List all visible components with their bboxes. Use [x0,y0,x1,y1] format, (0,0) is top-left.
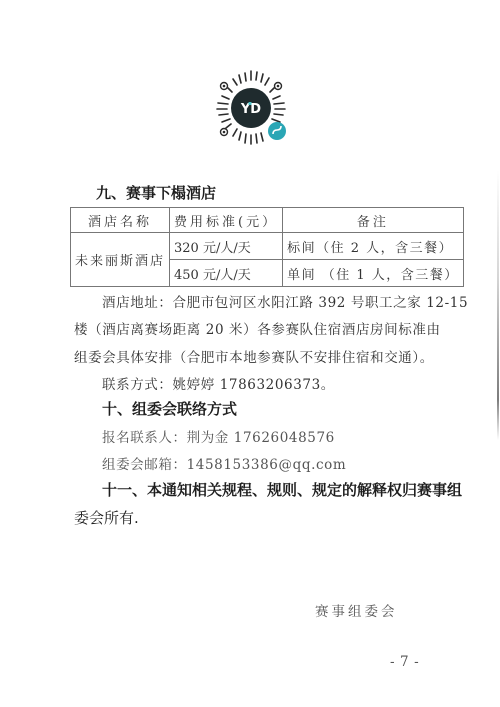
header-price: 费用标准(元） [170,208,283,233]
header-notes: 备注 [283,208,464,233]
section-11-line-1: 十一、本通知相关规程、规则、规定的解释权归赛事组 [102,479,462,500]
table-row: 未来丽斯酒店 320 元/人/天 标间（住 2 人，含三餐） [71,233,464,260]
page-number: - 7 - [390,654,419,670]
table-header-row: 酒店名称 费用标准(元） 备注 [71,208,464,233]
section-11-line-2: 委会所有. [74,507,139,528]
signature: 赛事组委会 [315,600,398,620]
price-cell: 450 元/人/天 [170,260,283,287]
committee-email[interactable]: 组委会邮箱：1458153386@qq.com [102,453,346,473]
hotel-table: 酒店名称 费用标准(元） 备注 未来丽斯酒店 320 元/人/天 标间（住 2 … [70,207,464,287]
hotel-name-cell: 未来丽斯酒店 [71,233,170,287]
note-cell: 单间 （住 1 人，含三餐） [283,260,464,287]
hotel-contact: 联系方式：姚婷婷 17863206373。 [102,373,335,393]
hotel-address-line-1: 酒店地址：合肥市包河区水阳江路 392 号职工之家 12-15 [102,291,468,311]
registration-contact: 报名联系人：荆为金 17626048576 [102,426,335,446]
page-edge-shadow [497,170,499,440]
note-cell: 标间（住 2 人，含三餐） [283,233,464,260]
price-cell: 320 元/人/天 [170,233,283,260]
section-9-heading: 九、赛事下榻酒店 [96,182,216,203]
section-10-heading: 十、组委会联络方式 [102,398,237,419]
header-hotel-name: 酒店名称 [71,208,170,233]
mini-program-qr-code[interactable]: YD [210,66,292,150]
hotel-address-line-2: 楼（酒店离赛场距离 20 米）各参赛队住宿酒店房间标准由 [74,318,441,338]
hotel-address-line-3: 组委会具体安排（合肥市本地参赛队不安排住宿和交通）。 [74,346,434,366]
